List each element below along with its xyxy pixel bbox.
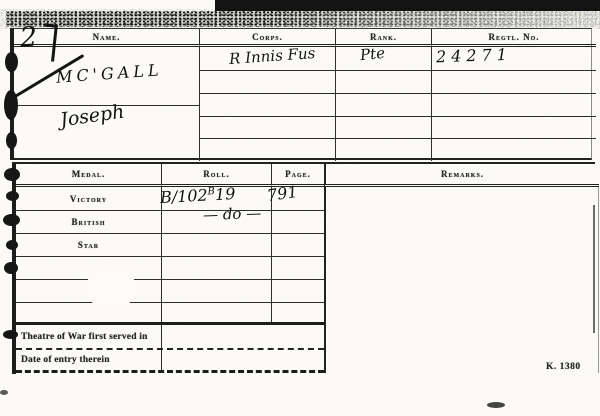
scanner-noise-band [6, 11, 600, 27]
medal-header-label: Medal. [72, 169, 105, 179]
empty-cell [272, 280, 324, 302]
ink-blotch [3, 330, 18, 339]
service-row-2 [200, 71, 596, 94]
correction-blob [86, 266, 136, 310]
medal-row-british: British [16, 211, 324, 234]
remarks-cell [324, 187, 599, 373]
british-page-cell [272, 211, 324, 233]
empty-cell [162, 257, 272, 279]
empty-cell [162, 303, 272, 322]
empty-cell [432, 94, 596, 116]
star-page-cell [272, 234, 324, 256]
empty-cell [432, 139, 596, 161]
ink-blotch [6, 240, 18, 250]
rank-handwriting: Pte [359, 44, 386, 65]
regtl-no-handwriting: 24271 [436, 45, 513, 67]
roll-header-label: Roll. [203, 169, 229, 179]
empty-cell [200, 71, 336, 93]
roll-main: B/102 [160, 185, 209, 206]
remarks-header-label: Remarks. [441, 169, 484, 179]
theatre-label-cell: Theatre of War first served in [16, 325, 162, 348]
empty-cell [200, 139, 336, 161]
date-entry-answer-cell [162, 350, 324, 370]
british-label: British [71, 217, 105, 227]
form-reference: K. 1380 [546, 362, 581, 372]
star-roll-cell [162, 234, 272, 256]
medal-row-star: Star [16, 234, 324, 257]
date-entry-label-cell: Date of entry therein [16, 350, 162, 370]
medal-row-empty-1 [16, 257, 324, 280]
empty-cell [200, 94, 336, 116]
victory-label-cell: Victory [16, 187, 162, 210]
service-row-4 [200, 117, 596, 139]
empty-cell [336, 71, 432, 93]
theatre-row: Theatre of War first served in [16, 325, 324, 350]
ink-blotch [4, 262, 18, 274]
empty-cell [162, 280, 272, 302]
empty-cell [432, 117, 596, 138]
ink-blotch [5, 52, 18, 72]
empty-cell [200, 117, 336, 138]
star-label: Star [78, 240, 99, 250]
corner-annotation-handwriting: 2 [19, 21, 38, 53]
corps-header-label: Corps. [252, 32, 283, 42]
form-reference-text: K. 1380 [546, 362, 581, 372]
empty-cell [336, 117, 432, 138]
ink-blotch [4, 168, 20, 181]
empty-cell [272, 257, 324, 279]
corps-header-cell: Corps. [200, 29, 336, 47]
ditto-mark-handwriting: — do — [203, 204, 262, 224]
name-header-label: Name. [93, 32, 121, 42]
ink-blotch [6, 132, 17, 149]
empty-cell [432, 71, 596, 93]
page-header-label: Page. [285, 169, 311, 179]
rank-header-label: Rank. [370, 32, 397, 42]
victory-roll-handwriting: B/102B19 [160, 184, 236, 207]
medal-row-empty-2 [16, 280, 324, 303]
medal-index-card-scan: Name. Corps. Rank. Regtl. No. [0, 0, 600, 416]
regtl-no-header-label: Regtl. No. [488, 32, 539, 42]
regtl-no-header-cell: Regtl. No. [432, 29, 596, 47]
british-label-cell: British [16, 211, 162, 233]
service-row-3 [200, 94, 596, 117]
ink-blotch [0, 390, 8, 395]
theatre-answer-cell [162, 325, 324, 348]
empty-cell [16, 303, 162, 322]
roll-number: 19 [215, 184, 236, 204]
empty-cell [336, 139, 432, 161]
theatre-label: Theatre of War first served in [21, 332, 148, 342]
victory-label: Victory [70, 194, 107, 204]
ink-blotch [3, 214, 20, 226]
empty-cell [272, 303, 324, 322]
ink-blotch [6, 191, 19, 201]
card-right-edge-line [593, 205, 595, 333]
roll-header-cell: Roll. [162, 164, 272, 187]
date-entry-row: Date of entry therein [16, 350, 324, 373]
empty-cell [336, 94, 432, 116]
date-entry-label: Date of entry therein [21, 355, 110, 365]
ink-blotch [487, 402, 505, 408]
medal-row-empty-3 [16, 303, 324, 325]
star-label-cell: Star [16, 234, 162, 256]
roll-superscript: B [207, 186, 215, 197]
remarks-header-cell: Remarks. [324, 164, 599, 187]
medal-header-cell: Medal. [16, 164, 162, 187]
scan-black-bar [215, 0, 600, 11]
service-row-5 [200, 139, 596, 161]
